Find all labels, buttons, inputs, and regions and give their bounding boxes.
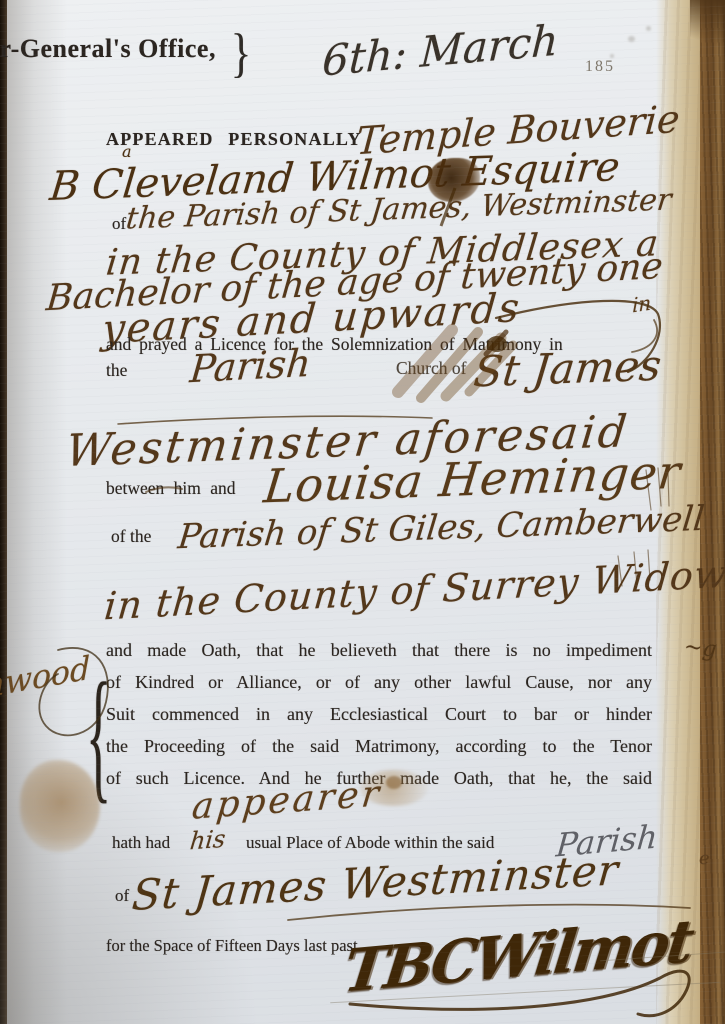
his-handwritten: his	[189, 825, 227, 856]
insertion-mark: a	[122, 142, 132, 161]
applicant-signature: TBCWilmot	[340, 906, 695, 1005]
header-brace: }	[231, 22, 252, 84]
hath-had-label: hath had	[112, 833, 170, 853]
edge-overflow-mark: in	[632, 291, 651, 318]
oath-line: and made Oath, that he believeth that th…	[106, 640, 652, 661]
foxing-speck	[628, 36, 635, 42]
fifteen-days-label: for the Space of Fifteen Days last past.	[106, 936, 362, 956]
of-label-2: of	[115, 886, 129, 906]
oath-line: Suit commenced in any Ecclesiastical Cou…	[106, 704, 652, 725]
appeared-personally-label: APPEARED PERSONALLY	[106, 129, 362, 150]
parish-handwritten: Parish	[188, 341, 313, 392]
bride-county-handwritten: in the County of Surrey Widow	[102, 552, 725, 629]
date-handwritten: 6th: March	[321, 15, 560, 85]
bride-residence-handwritten: Parish of St Giles, Camberwell	[176, 499, 706, 558]
binding-corner-shadow	[690, 0, 725, 50]
foxing-speck	[646, 26, 651, 31]
year-printed: 185	[585, 58, 615, 76]
of-the-label: of the	[111, 526, 151, 547]
church-of-label: Church of	[396, 358, 466, 379]
scanned-document-page: ar-General's Office, } 6th: March 185 AP…	[0, 0, 725, 1024]
oath-line: the Proceeding of the said Matrimony, ac…	[106, 736, 652, 757]
the-label: the	[106, 360, 127, 381]
office-label: ar-General's Office,	[0, 34, 216, 64]
edge-overflow-mark: e	[699, 848, 710, 869]
abode-label: usual Place of Abode within the said	[246, 833, 494, 853]
stain-speck	[386, 776, 402, 789]
round-stain	[20, 760, 100, 852]
oath-line: of Kindred or Alliance, or of any other …	[106, 672, 652, 693]
church-name-handwritten: St James	[471, 341, 663, 397]
between-him-and-label: between him and	[106, 478, 236, 499]
margin-mark-right: ~g	[683, 634, 718, 662]
